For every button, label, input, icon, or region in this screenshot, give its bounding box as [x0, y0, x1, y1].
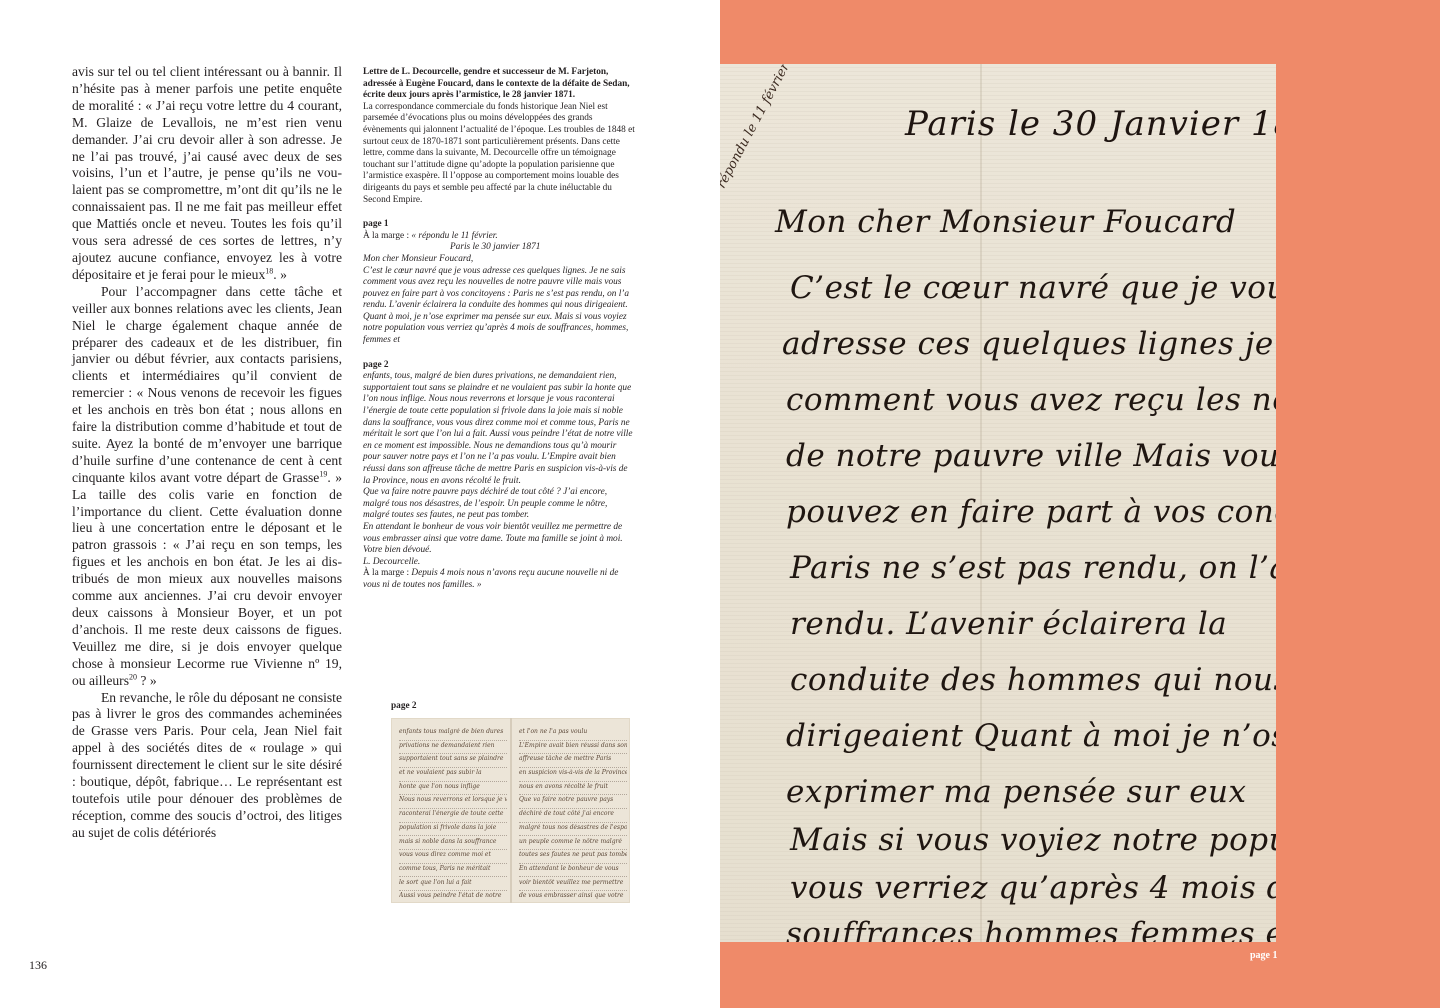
- letter-page-2-thumbnail[interactable]: enfants tous malgré de bien duresprivati…: [391, 718, 630, 903]
- thumbnail-right-half: et l'on ne l'a pas vouluL'Empire avait b…: [519, 728, 627, 903]
- body-paragraph-2: Pour l’accompagner dans cette tâche et v…: [72, 284, 342, 690]
- manuscript-line: vous verriez qu’après 4 mois de: [790, 870, 1276, 906]
- footnote-ref-20[interactable]: 20: [129, 672, 137, 681]
- manuscript-line: Mais si vous voyiez notre population: [790, 822, 1276, 858]
- transcription-page-2-label: page 2: [363, 360, 635, 372]
- letter-page-1-image[interactable]: répondu le 11 février Paris le 30 Janvie…: [720, 64, 1276, 942]
- transcription-page-2: enfants, tous, malgré de bien dures priv…: [363, 371, 635, 591]
- thumbnail-label: page 2: [391, 701, 417, 711]
- manuscript-line: Paris ne s’est pas rendu, on l’a: [790, 550, 1276, 586]
- body-paragraph-3: En revanche, le rôle du déposant ne cons…: [72, 690, 342, 842]
- manuscript-date-line: Paris le 30 Janvier 1871: [905, 104, 1276, 144]
- manuscript-line: souffrances hommes femmes et: [786, 916, 1276, 942]
- manuscript-line: conduite des hommes qui nous: [790, 662, 1276, 698]
- manuscript-line: exprimer ma pensée sur eux: [786, 774, 1247, 810]
- transcription-page-1-label: page 1: [363, 219, 635, 231]
- transcription-page-1: À la marge : « répondu le 11 février. Pa…: [363, 231, 635, 347]
- body-text-column: avis sur tel ou tel client intéressant o…: [72, 64, 342, 842]
- manuscript-line: C’est le cœur navré que je vous: [790, 270, 1276, 306]
- thumbnail-fold: [510, 718, 512, 903]
- left-page: avis sur tel ou tel client intéressant o…: [0, 0, 720, 1008]
- page-number: 136: [29, 958, 47, 973]
- manuscript-line: de notre pauvre ville Mais vous: [786, 438, 1276, 474]
- body-paragraph-1: avis sur tel ou tel client intéressant o…: [72, 64, 342, 284]
- letter-caption: Lettre de L. Decourcelle, gendre et succ…: [363, 67, 635, 592]
- caption-title: Lettre de L. Decourcelle, gendre et succ…: [363, 67, 635, 102]
- caption-intro: La correspondance commerciale du fonds h…: [363, 102, 635, 206]
- manuscript-line: pouvez en faire part à vos concitoyens: [786, 494, 1276, 530]
- manuscript-line: rendu. L’avenir éclairera la: [790, 606, 1227, 642]
- manuscript-line: comment vous avez reçu les nouvelles: [786, 382, 1276, 418]
- manuscript-line: dirigeaient Quant à moi je n’ose: [786, 718, 1276, 754]
- manuscript-line: adresse ces quelques lignes je ne sais: [782, 326, 1276, 362]
- manuscript-line: Mon cher Monsieur Foucard: [775, 204, 1236, 240]
- letter-page-1-label: page 1: [1250, 950, 1278, 961]
- thumbnail-left-half: enfants tous malgré de bien duresprivati…: [399, 728, 507, 903]
